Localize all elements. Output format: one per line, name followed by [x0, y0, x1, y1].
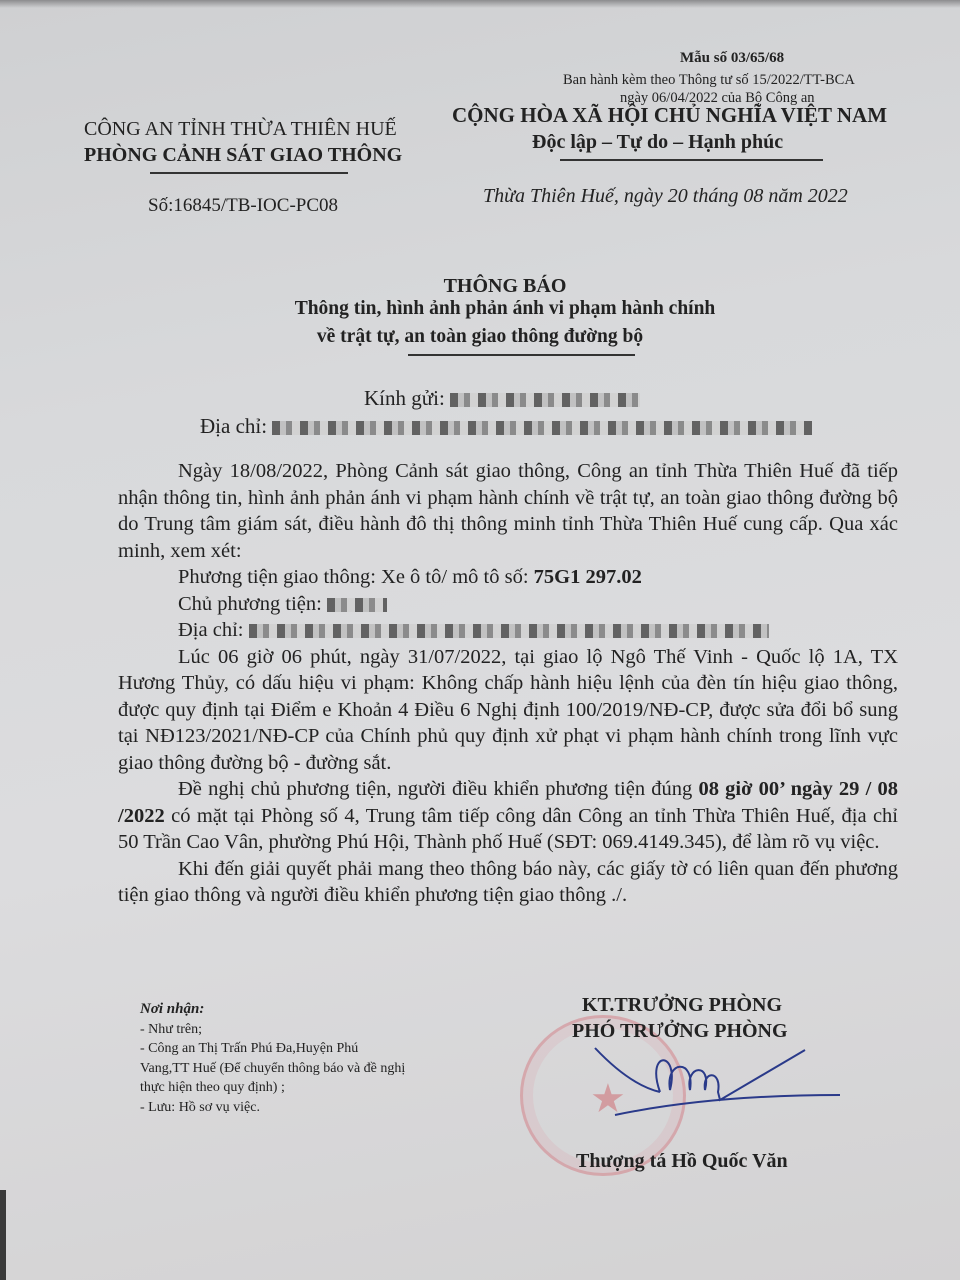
redacted-owner: [327, 598, 387, 612]
recipients-list: Nơi nhận: - Như trên; - Công an Thị Trấn…: [140, 1000, 405, 1117]
summons-location: có mặt tại Phòng số 4, Trung tâm tiếp cô…: [118, 805, 898, 854]
photo-edge: [0, 1190, 6, 1280]
department-name: PHÒNG CẢNH SÁT GIAO THÔNG: [84, 144, 402, 167]
document-subtitle-2: về trật tự, an toàn giao thông đường bộ: [0, 326, 960, 348]
place-date: Thừa Thiên Huế, ngày 20 tháng 08 năm 202…: [483, 185, 848, 208]
agency-name: CÔNG AN TỈNH THỪA THIÊN HUẾ: [84, 118, 397, 141]
recipient-label: Kính gửi:: [364, 386, 445, 410]
recipient-item: Vang,TT Huế (Để chuyển thông báo và đề n…: [140, 1059, 405, 1079]
vehicle-line: Phương tiện giao thông: Xe ô tô/ mô tô s…: [118, 564, 898, 591]
signer-name: Thượng tá Hồ Quốc Văn: [576, 1150, 788, 1173]
divider: [560, 159, 823, 161]
paragraph-violation: Lúc 06 giờ 06 phút, ngày 31/07/2022, tại…: [118, 644, 898, 777]
paragraph-intake: Ngày 18/08/2022, Phòng Cảnh sát giao thô…: [118, 458, 898, 564]
signer-capacity-1: KT.TRƯỞNG PHÒNG: [582, 994, 782, 1017]
document-subtitle-1: Thông tin, hình ảnh phản ánh vi phạm hàn…: [0, 298, 960, 320]
paragraph-summons: Đề nghị chủ phương tiện, người điều khiể…: [118, 776, 898, 856]
vehicle-label: Phương tiện giao thông: Xe ô tô/ mô tô s…: [178, 566, 534, 588]
notice-body: Ngày 18/08/2022, Phòng Cảnh sát giao thô…: [118, 458, 898, 909]
nation-title: CỘNG HÒA XÃ HỘI CHỦ NGHĨA VIỆT NAM: [452, 103, 887, 128]
owner-address-line: Địa chỉ:: [118, 617, 898, 644]
summons-text: Đề nghị chủ phương tiện, người điều khiể…: [178, 778, 698, 800]
owner-line: Chủ phương tiện:: [118, 591, 898, 618]
paragraph-requirements: Khi đến giải quyết phải mang theo thông …: [118, 856, 898, 909]
recipient-item: thực hiện theo quy định) ;: [140, 1078, 405, 1098]
redacted-name: [450, 393, 640, 407]
address-label: Địa chỉ:: [200, 414, 267, 438]
document-title: THÔNG BÁO: [0, 275, 960, 298]
photo-edge-shadow: [0, 0, 960, 8]
recipient-item: - Công an Thị Trấn Phú Đa,Huyện Phú: [140, 1039, 405, 1059]
divider: [408, 354, 635, 356]
issued-with-line1: Ban hành kèm theo Thông tư số 15/2022/TT…: [563, 72, 855, 89]
owner-address-label: Địa chỉ:: [178, 619, 243, 641]
document-number: Số:16845/TB-IOC-PC08: [148, 195, 338, 217]
recipients-label: Nơi nhận:: [140, 1000, 405, 1020]
divider: [150, 172, 348, 174]
form-number: Mẫu số 03/65/68: [680, 50, 784, 67]
owner-label: Chủ phương tiện:: [178, 593, 322, 615]
redacted-owner-address: [249, 624, 769, 638]
recipient-item: - Như trên;: [140, 1020, 405, 1040]
recipient-address-row: Địa chỉ:: [200, 414, 812, 439]
national-motto: Độc lập – Tự do – Hạnh phúc: [532, 131, 783, 154]
license-plate: 75G1 297.02: [534, 566, 642, 588]
redacted-address: [272, 421, 812, 435]
handwritten-signature: [590, 1040, 890, 1120]
recipient-row: Kính gửi:: [364, 386, 640, 411]
recipient-item: - Lưu: Hồ sơ vụ việc.: [140, 1098, 405, 1118]
